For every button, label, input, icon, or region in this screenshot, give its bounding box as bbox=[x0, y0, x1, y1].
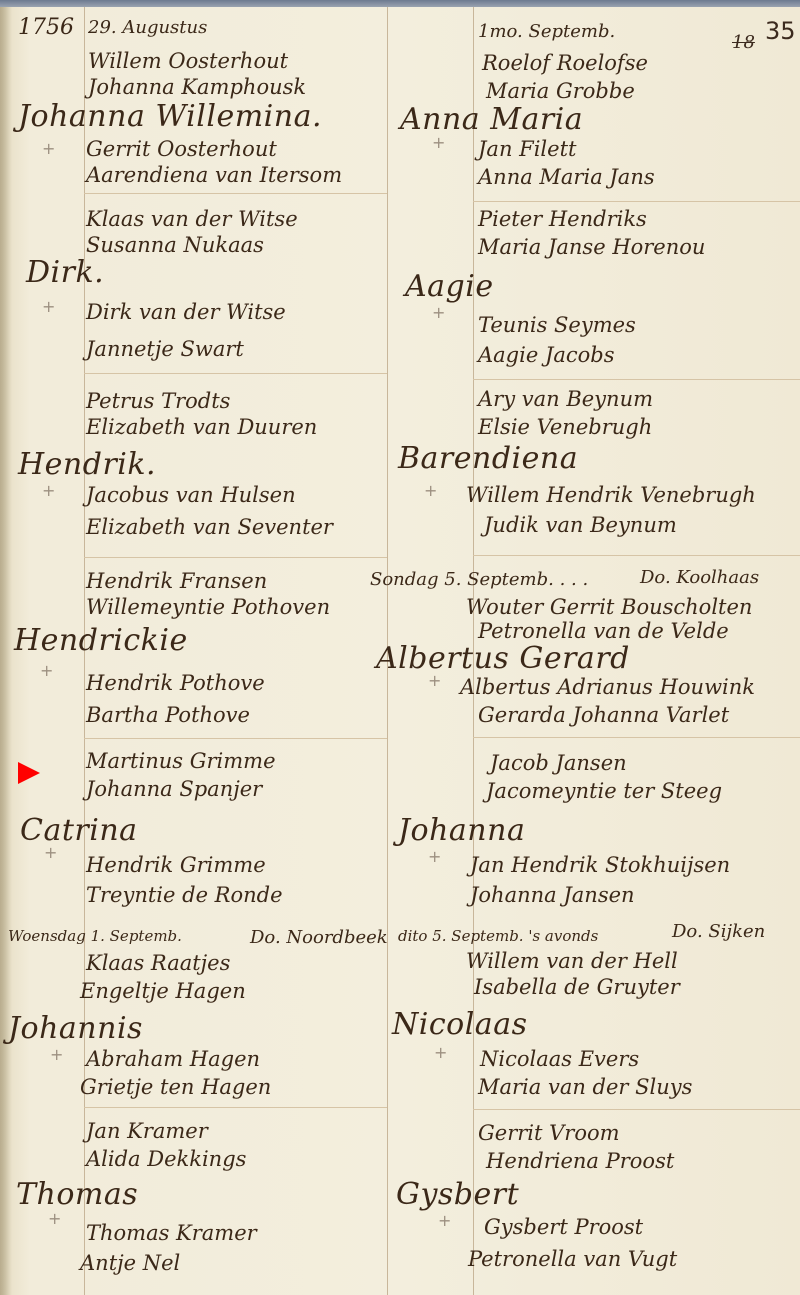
child-name: Gysbert bbox=[396, 1177, 519, 1212]
section-date: dito 5. Septemb. 's avonds bbox=[398, 927, 598, 945]
row-rule bbox=[473, 1109, 800, 1110]
row-rule bbox=[473, 737, 800, 738]
cross-mark: + bbox=[424, 481, 437, 500]
father-name: Ary van Beynum bbox=[478, 387, 653, 411]
mother-name: Hendriena Proost bbox=[486, 1149, 674, 1173]
cross-mark: + bbox=[44, 843, 57, 862]
witness-name: Aarendiena van Itersom bbox=[86, 163, 342, 187]
section-date: Woensdag 1. Septemb. bbox=[8, 927, 182, 945]
witness-name: Maria van der Sluys bbox=[478, 1075, 692, 1099]
child-name: Catrina bbox=[20, 813, 138, 848]
row-rule bbox=[473, 201, 800, 202]
witness-name: Hendrik Pothove bbox=[86, 671, 265, 695]
witness-name: Jacobus van Hulsen bbox=[86, 483, 296, 507]
old-page-number: 18 bbox=[732, 32, 755, 53]
witness-name: Gerarda Johanna Varlet bbox=[478, 703, 729, 727]
witness-name: Gerrit Oosterhout bbox=[86, 137, 277, 161]
witness-name: Willem Hendrik Venebrugh bbox=[466, 483, 756, 507]
section-date: Sondag 5. Septemb. . . . bbox=[370, 569, 588, 590]
mother-name: Elizabeth van Duuren bbox=[86, 415, 317, 439]
child-name: Johannis bbox=[8, 1011, 143, 1046]
cross-mark: + bbox=[48, 1209, 61, 1228]
witness-name: Antje Nel bbox=[80, 1251, 180, 1275]
witness-name: Aagie Jacobs bbox=[478, 343, 615, 367]
child-name: Johanna bbox=[398, 813, 525, 848]
year-label: 1756 bbox=[18, 15, 74, 40]
cross-mark: + bbox=[42, 297, 55, 316]
witness-name: Treyntie de Ronde bbox=[86, 883, 283, 907]
minister-name: Do. Noordbeek bbox=[250, 927, 388, 948]
cross-mark: + bbox=[428, 847, 441, 866]
cross-mark: + bbox=[438, 1211, 451, 1230]
row-rule bbox=[473, 379, 800, 380]
child-name: Hendrik. bbox=[18, 447, 156, 482]
row-rule bbox=[84, 557, 387, 558]
witness-name: Elizabeth van Seventer bbox=[86, 515, 333, 539]
child-name: Aagie bbox=[405, 269, 494, 304]
witness-name: Hendrik Grimme bbox=[86, 853, 266, 877]
child-name: Hendrickie bbox=[14, 623, 188, 658]
child-name: Anna Maria bbox=[400, 102, 583, 137]
witness-name: Grietje ten Hagen bbox=[80, 1075, 271, 1099]
mother-name: Susanna Nukaas bbox=[86, 233, 264, 257]
mother-name: Elsie Venebrugh bbox=[478, 415, 652, 439]
father-name: Willem van der Hell bbox=[466, 949, 678, 973]
father-name: Gerrit Vroom bbox=[478, 1121, 620, 1145]
witness-name: Albertus Adrianus Houwink bbox=[460, 675, 755, 699]
witness-name: Gysbert Proost bbox=[484, 1215, 643, 1239]
father-name: Hendrik Fransen bbox=[86, 569, 267, 593]
witness-name: Petronella van Vugt bbox=[468, 1247, 677, 1271]
mother-name: Johanna Spanjer bbox=[86, 777, 262, 801]
witness-name: Thomas Kramer bbox=[86, 1221, 257, 1245]
cross-mark: + bbox=[428, 671, 441, 690]
father-name: Petrus Trodts bbox=[86, 389, 230, 413]
child-name: Thomas bbox=[16, 1177, 138, 1212]
witness-name: Teunis Seymes bbox=[478, 313, 636, 337]
witness-name: Judik van Beynum bbox=[484, 513, 677, 537]
mother-name: Alida Dekkings bbox=[86, 1147, 246, 1171]
minister-name: Do. Sijken bbox=[672, 921, 765, 942]
mother-name: Johanna Kamphousk bbox=[88, 75, 306, 99]
mother-name: Isabella de Gruyter bbox=[474, 975, 680, 999]
child-name: Johanna Willemina. bbox=[18, 99, 322, 134]
cross-mark: + bbox=[432, 303, 445, 322]
cross-mark: + bbox=[42, 139, 55, 158]
page-top-edge bbox=[0, 0, 800, 7]
witness-name: Jan Filett bbox=[478, 137, 576, 161]
mother-name: Jacomeyntie ter Steeg bbox=[486, 779, 722, 803]
cross-mark: + bbox=[42, 481, 55, 500]
father-name: Jacob Jansen bbox=[490, 751, 627, 775]
red-pointer-marker bbox=[18, 762, 40, 784]
mother-name: Willemeyntie Pothoven bbox=[86, 595, 330, 619]
father-name: Roelof Roelofse bbox=[482, 51, 648, 75]
mother-name: Maria Grobbe bbox=[486, 79, 635, 103]
father-name: Wouter Gerrit Bouscholten bbox=[466, 595, 752, 619]
mother-name: Petronella van de Velde bbox=[478, 619, 729, 643]
binding-gutter bbox=[0, 7, 12, 1295]
row-rule bbox=[473, 555, 800, 556]
child-name: Albertus Gerard bbox=[376, 641, 630, 676]
witness-name: Johanna Jansen bbox=[470, 883, 635, 907]
minister-name: Do. Koolhaas bbox=[640, 567, 759, 588]
register-page: 1756 18 35 29. Augustus Willem Oosterhou… bbox=[0, 7, 800, 1295]
father-name: Willem Oosterhout bbox=[88, 49, 288, 73]
father-name: Klaas van der Witse bbox=[86, 207, 298, 231]
date-header: 1mo. Septemb. bbox=[478, 21, 615, 42]
mother-name: Maria Janse Horenou bbox=[478, 235, 705, 259]
witness-name: Bartha Pothove bbox=[86, 703, 250, 727]
witness-name: Jan Hendrik Stokhuijsen bbox=[470, 853, 730, 877]
cross-mark: + bbox=[50, 1045, 63, 1064]
row-rule bbox=[84, 193, 387, 194]
witness-name: Anna Maria Jans bbox=[478, 165, 655, 189]
witness-name: Jannetje Swart bbox=[86, 337, 244, 361]
row-rule bbox=[84, 738, 387, 739]
child-name: Nicolaas bbox=[392, 1007, 527, 1042]
child-name: Dirk. bbox=[26, 255, 104, 290]
row-rule bbox=[84, 373, 387, 374]
child-name: Barendiena bbox=[398, 441, 578, 476]
cross-mark: + bbox=[40, 661, 53, 680]
father-name: Klaas Raatjes bbox=[86, 951, 230, 975]
date-header: 29. Augustus bbox=[88, 17, 207, 38]
father-name: Martinus Grimme bbox=[86, 749, 276, 773]
witness-name: Abraham Hagen bbox=[86, 1047, 260, 1071]
mother-name: Engeltje Hagen bbox=[80, 979, 246, 1003]
father-name: Jan Kramer bbox=[86, 1119, 208, 1143]
cross-mark: + bbox=[434, 1043, 447, 1062]
witness-name: Nicolaas Evers bbox=[480, 1047, 639, 1071]
father-name: Pieter Hendriks bbox=[478, 207, 647, 231]
witness-name: Dirk van der Witse bbox=[86, 300, 286, 324]
page-number: 35 bbox=[765, 17, 796, 45]
row-rule bbox=[84, 1107, 387, 1108]
cross-mark: + bbox=[432, 133, 445, 152]
